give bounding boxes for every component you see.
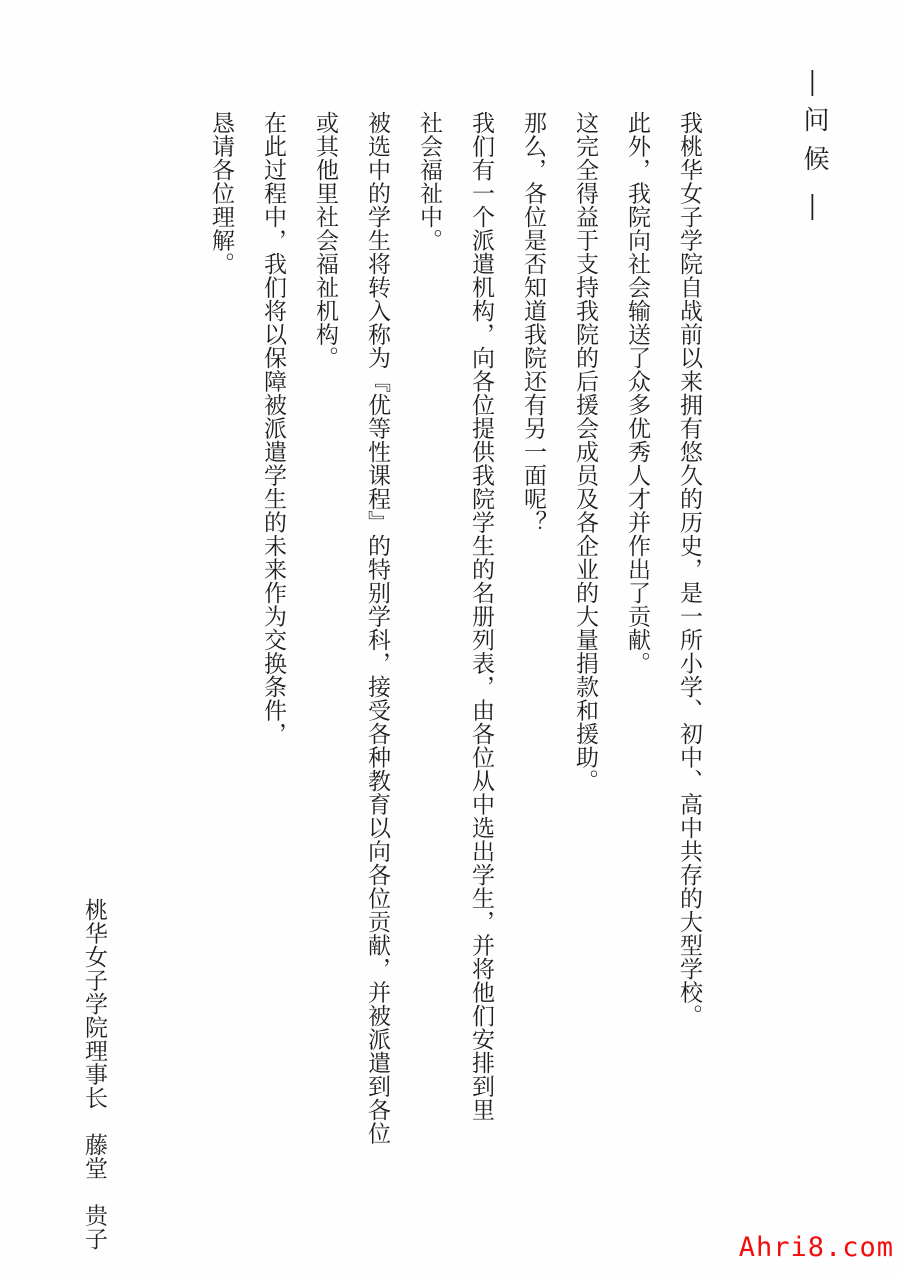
site-watermark: Ahri8.com bbox=[739, 1232, 894, 1263]
signature-chairman: 桃华女子学院理事长 藤堂 贵子 bbox=[69, 898, 121, 1268]
title-dash-bottom: — bbox=[793, 194, 837, 220]
title-dash-top: — bbox=[793, 70, 837, 96]
body-line: 或其他里社会福祉机构。 bbox=[300, 111, 352, 1231]
page-title-text: 问候 bbox=[793, 106, 837, 184]
body-line: 我桃华女子学院自战前以来拥有悠久的历史，是一所小学、初中、高中共存的大型学校。 bbox=[664, 111, 716, 1231]
body-line: 被选中的学生将转入称为『优等性课程』的特别学科，接受各种教育以向各位贡献，并被派… bbox=[352, 111, 404, 1231]
body-line: 此外，我院向社会输送了众多优秀人才并作出了贡献。 bbox=[612, 111, 664, 1231]
page-title: — 问候 — bbox=[793, 70, 837, 220]
body-line: 那么，各位是否知道我院还有另一面呢？ bbox=[508, 111, 560, 1231]
body-line: 恳请各位理解。 bbox=[196, 111, 248, 1231]
body-line: 这完全得益于支持我院的后援会成员及各企业的大量捐款和援助。 bbox=[560, 111, 612, 1231]
greeting-body: 我桃华女子学院自战前以来拥有悠久的历史，是一所小学、初中、高中共存的大型学校。 … bbox=[196, 111, 716, 1231]
body-line: 在此过程中，我们将以保障被派遣学生的未来作为交换条件， bbox=[248, 111, 300, 1231]
body-line: 社会福祉中。 bbox=[404, 111, 456, 1231]
document-page: — 问候 — 我桃华女子学院自战前以来拥有悠久的历史，是一所小学、初中、高中共存… bbox=[0, 0, 900, 1275]
body-line: 我们有一个派遣机构，向各位提供我院学生的名册列表，由各位从中选出学生，并将他们安… bbox=[456, 111, 508, 1231]
